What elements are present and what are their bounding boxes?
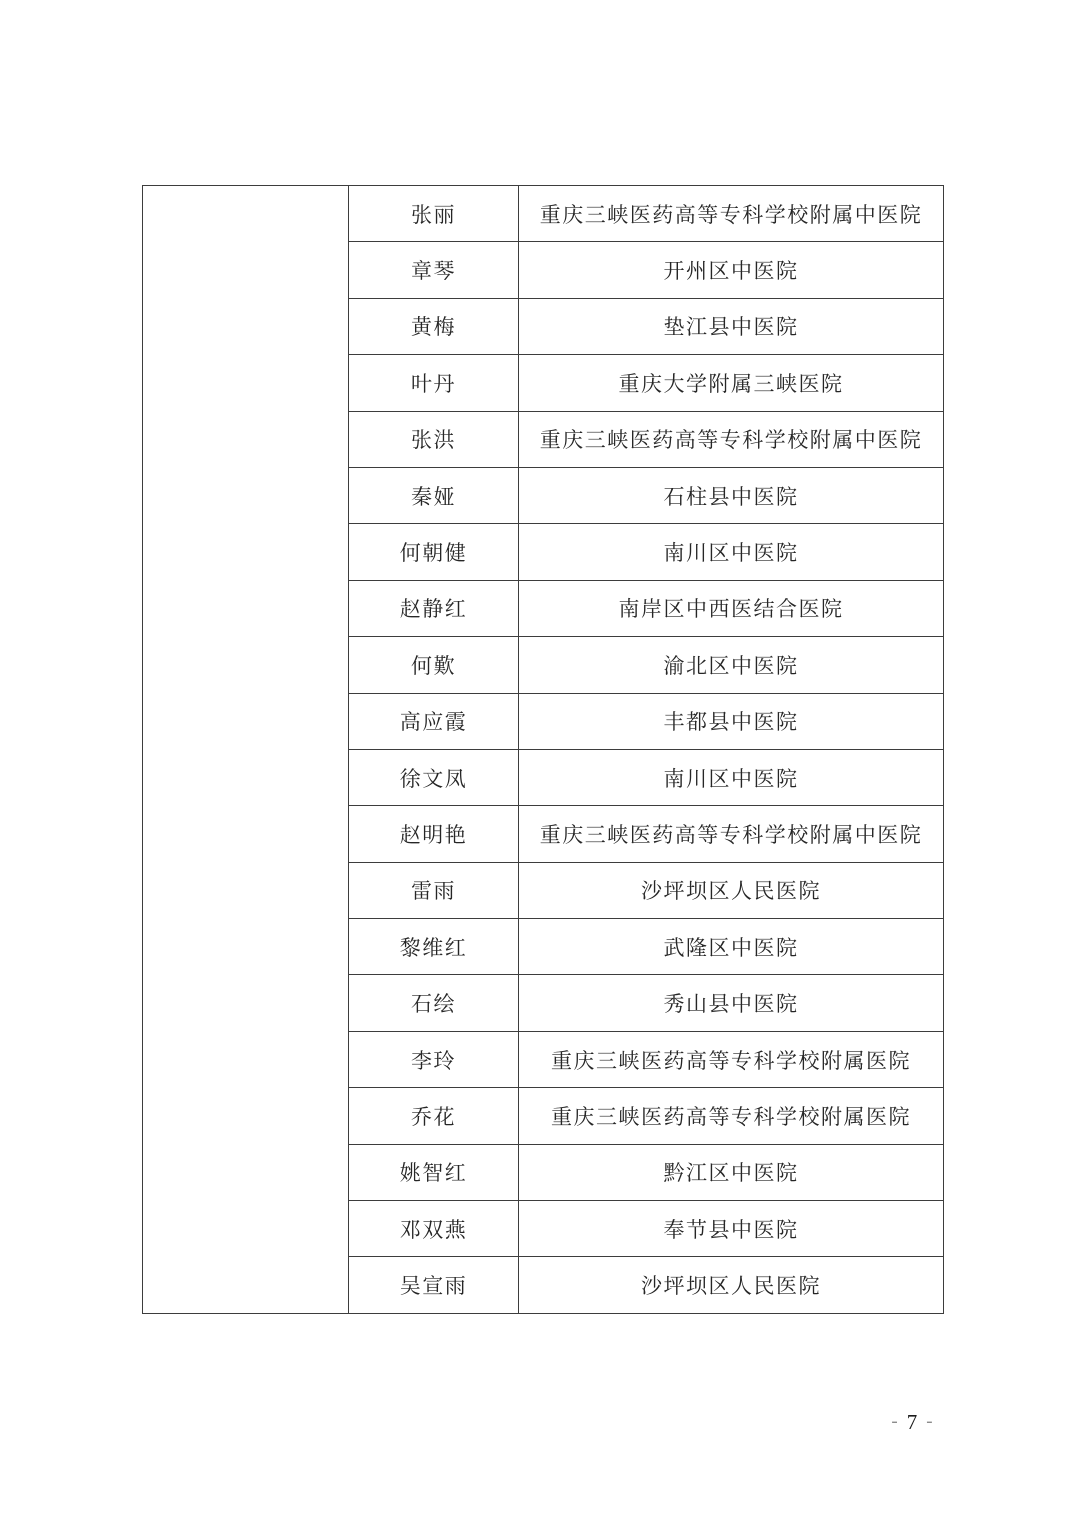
hospital-cell: 重庆大学附属三峡医院 — [519, 355, 944, 411]
name-cell: 章琴 — [349, 242, 519, 298]
name-cell: 秦娅 — [349, 467, 519, 523]
hospital-cell: 重庆三峡医药高等专科学校附属中医院 — [519, 411, 944, 467]
hospital-cell: 武隆区中医院 — [519, 919, 944, 975]
name-cell: 高应霞 — [349, 693, 519, 749]
name-cell: 黎维红 — [349, 919, 519, 975]
page-number-value: 7 — [907, 1410, 918, 1434]
name-cell: 叶丹 — [349, 355, 519, 411]
name-cell: 乔花 — [349, 1088, 519, 1144]
hospital-cell: 南岸区中西医结合医院 — [519, 580, 944, 636]
document-page: 张丽重庆三峡医药高等专科学校附属中医院章琴开州区中医院黄梅垫江县中医院叶丹重庆大… — [0, 0, 1074, 1520]
page-number-dash-left: - — [891, 1411, 897, 1432]
name-cell: 张洪 — [349, 411, 519, 467]
name-cell: 黄梅 — [349, 298, 519, 354]
name-cell: 张丽 — [349, 186, 519, 242]
roster-table-body: 张丽重庆三峡医药高等专科学校附属中医院章琴开州区中医院黄梅垫江县中医院叶丹重庆大… — [143, 186, 944, 1314]
name-cell: 石绘 — [349, 975, 519, 1031]
name-cell: 姚智红 — [349, 1144, 519, 1200]
hospital-cell: 渝北区中医院 — [519, 637, 944, 693]
page-number-dash-right: - — [926, 1411, 932, 1432]
table-row: 张丽重庆三峡医药高等专科学校附属中医院 — [143, 186, 944, 242]
hospital-cell: 石柱县中医院 — [519, 467, 944, 523]
hospital-cell: 开州区中医院 — [519, 242, 944, 298]
page-number: -7- — [862, 1410, 962, 1435]
hospital-cell: 奉节县中医院 — [519, 1201, 944, 1257]
name-cell: 徐文凤 — [349, 749, 519, 805]
hospital-cell: 秀山县中医院 — [519, 975, 944, 1031]
group-cell — [143, 186, 349, 1314]
hospital-cell: 垫江县中医院 — [519, 298, 944, 354]
hospital-cell: 南川区中医院 — [519, 749, 944, 805]
hospital-cell: 重庆三峡医药高等专科学校附属医院 — [519, 1031, 944, 1087]
name-cell: 赵静红 — [349, 580, 519, 636]
name-cell: 吴宣雨 — [349, 1257, 519, 1313]
hospital-cell: 沙坪坝区人民医院 — [519, 1257, 944, 1313]
name-cell: 雷雨 — [349, 862, 519, 918]
name-cell: 李玲 — [349, 1031, 519, 1087]
name-cell: 邓双燕 — [349, 1201, 519, 1257]
hospital-cell: 南川区中医院 — [519, 524, 944, 580]
hospital-cell: 重庆三峡医药高等专科学校附属中医院 — [519, 186, 944, 242]
roster-table: 张丽重庆三峡医药高等专科学校附属中医院章琴开州区中医院黄梅垫江县中医院叶丹重庆大… — [142, 185, 944, 1314]
hospital-cell: 沙坪坝区人民医院 — [519, 862, 944, 918]
name-cell: 何歎 — [349, 637, 519, 693]
name-cell: 何朝健 — [349, 524, 519, 580]
hospital-cell: 丰都县中医院 — [519, 693, 944, 749]
hospital-cell: 重庆三峡医药高等专科学校附属中医院 — [519, 806, 944, 862]
hospital-cell: 重庆三峡医药高等专科学校附属医院 — [519, 1088, 944, 1144]
name-cell: 赵明艳 — [349, 806, 519, 862]
hospital-cell: 黔江区中医院 — [519, 1144, 944, 1200]
